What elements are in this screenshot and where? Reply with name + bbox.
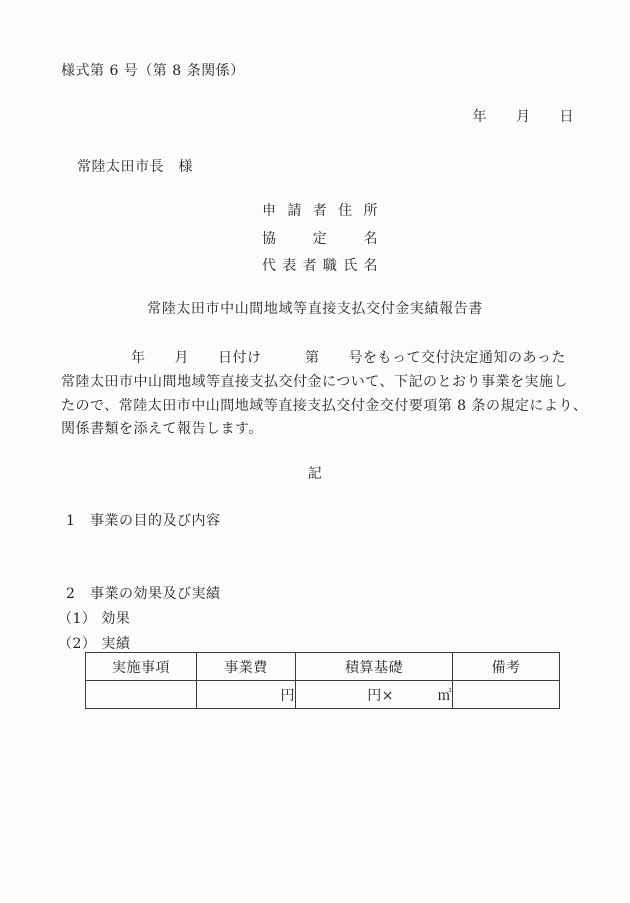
results-table: 実施事項 事業費 積算基礎 備考 円 円× ㎡ <box>85 652 560 709</box>
cell-project-cost-yen: 円 <box>197 681 296 709</box>
header-remarks: 備考 <box>453 653 560 681</box>
results-table-header-row: 実施事項 事業費 積算基礎 備考 <box>86 653 560 681</box>
header-calculation-basis: 積算基礎 <box>296 653 453 681</box>
applicant-address-label: 申請者住所 <box>262 198 378 226</box>
cell-implementation-item <box>86 681 197 709</box>
record-marker: 記 <box>0 463 630 483</box>
addressee-line: 常陸太田市長 様 <box>77 156 193 176</box>
form-number: 様式第 6 号（第 8 条関係） <box>61 60 245 80</box>
section-1-number: 1 <box>66 513 90 529</box>
body-line-1: 年 月 日付け 第 号をもって交付決定通知のあった <box>61 347 576 371</box>
subsection-effect: （1） 効果 <box>58 608 130 628</box>
representative-name-label: 代表者職氏名 <box>262 253 378 281</box>
date-blank-line: 年 月 日 <box>473 106 575 126</box>
section-2-title: 事業の効果及び実績 <box>90 586 221 602</box>
body-line-4: 関係書類を添えて報告します。 <box>61 418 576 442</box>
subsection-results: （2） 実績 <box>58 633 130 653</box>
body-line-3: たので、常陸太田市中山間地域等直接支払交付金交付要項第 8 条の規定により、 <box>61 395 576 419</box>
document-title: 常陸太田市中山間地域等直接支払交付金実績報告書 <box>0 298 630 318</box>
body-line-2: 常陸太田市中山間地域等直接支払交付金について、下記のとおり事業を実施し <box>61 371 576 395</box>
cell-calculation-basis: 円× ㎡ <box>296 681 453 709</box>
body-paragraph: 年 月 日付け 第 号をもって交付決定通知のあった 常陸太田市中山間地域等直接支… <box>61 347 576 442</box>
results-table-data-row: 円 円× ㎡ <box>86 681 560 709</box>
results-table-grid: 実施事項 事業費 積算基礎 備考 円 円× ㎡ <box>85 652 560 709</box>
section-1-title: 事業の目的及び内容 <box>90 513 221 529</box>
report-form-page: 様式第 6 号（第 8 条関係） 年 月 日 常陸太田市長 様 申請者住所 協定… <box>0 0 630 903</box>
agreement-name-label: 協定名 <box>262 226 378 254</box>
section-2-heading: 2事業の効果及び実績 <box>66 583 221 603</box>
section-2-number: 2 <box>66 586 90 602</box>
applicant-block: 申請者住所 協定名 代表者職氏名 <box>262 198 378 281</box>
section-1-heading: 1事業の目的及び内容 <box>66 510 221 530</box>
header-implementation-item: 実施事項 <box>86 653 197 681</box>
cell-remarks <box>453 681 560 709</box>
header-project-cost: 事業費 <box>197 653 296 681</box>
